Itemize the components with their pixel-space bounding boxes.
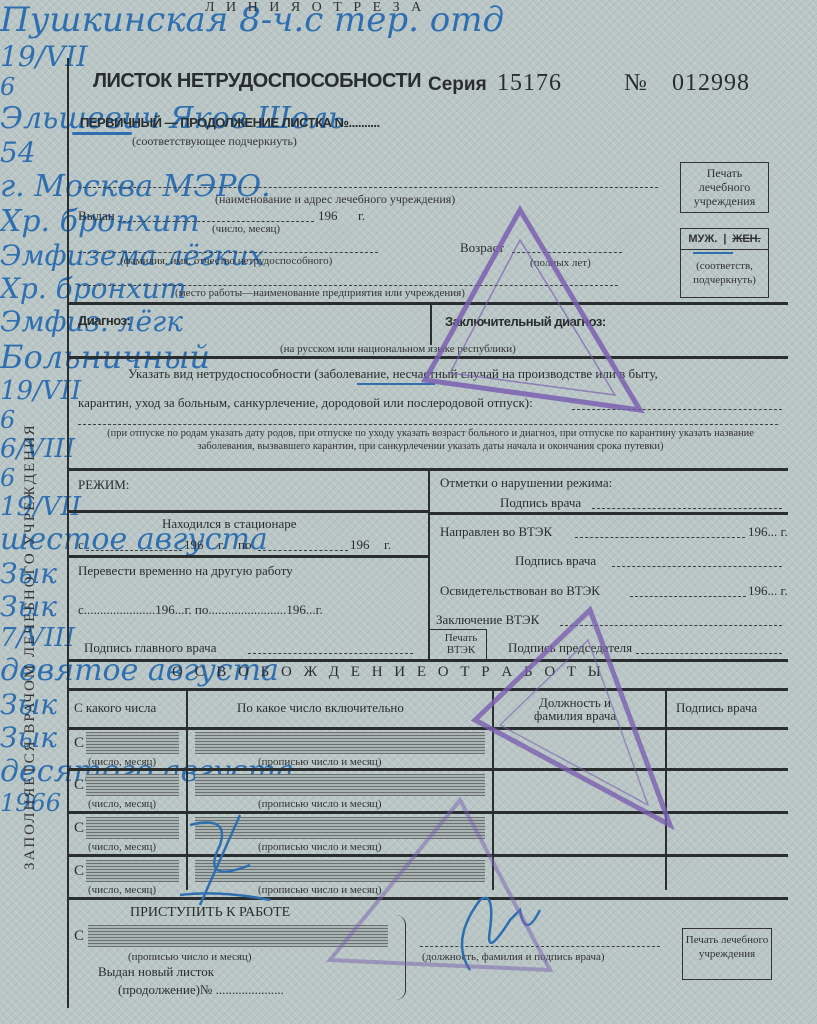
row4-from-caption: (число, месяц) [88,884,156,896]
divider [68,659,788,662]
divider [68,688,788,691]
incapacity-line-2 [78,424,778,425]
issued-caption: (число, месяц) [212,223,280,235]
hospital-title: Находился в стационаре [162,516,297,532]
sex-male-option[interactable]: МУЖ. [688,232,717,249]
issued-date-handwritten: 19/VII [0,40,817,73]
row1-to-caption: (прописью число и месяц) [258,756,381,768]
vtek-sent-year: 196... г. [748,524,788,540]
row1-from-caption: (число, месяц) [88,756,156,768]
issued-year-print: 196 [318,208,338,224]
row4-from-field[interactable] [86,860,179,882]
divider [68,555,430,558]
row3-prefix: С [74,820,84,837]
hospital-year-print: 196 [184,537,204,553]
hospital-from-line [86,550,182,551]
issued-label: Выдан [78,208,115,224]
violations-label: Отметки о нарушении режима: [440,475,612,491]
col-signature-header: Подпись врача [676,700,757,716]
hospital-year2-print: 196 [350,537,370,553]
vtek-examined-line [630,596,746,597]
new-sheet-label: Выдан новый листок [98,964,214,980]
row1-from-field [86,732,179,754]
vtek-sent-label: Направлен во ВТЭК [440,524,552,540]
row2-prefix: С [74,777,84,794]
side-instruction: ЗАПОЛНЯЕТСЯ ВРАЧОМ ЛЕЧЕБНОГО УЧРЕЖДЕНИЯ [22,423,39,870]
row-divider [68,727,788,730]
patient-name-caption: (фамилия, имя, отчество нетрудоспособног… [120,255,332,267]
chief-sign-line [248,653,413,654]
new-sheet-number: (продолжение)№ ..................... [118,982,284,998]
return-prefix: С [74,928,84,945]
patient-name-line [78,252,378,253]
return-stamp-box: Печать лечебного учреждения [682,928,772,980]
hospital-to-label: по [238,537,251,553]
divider [430,512,788,515]
transfer-dates: с......................196...г. по......… [78,602,323,618]
vtek-doctor-line [612,566,782,567]
transfer-title: Перевести временно на другую работу [78,563,293,579]
return-title: ПРИСТУПИТЬ К РАБОТЕ [130,905,290,921]
row1-to-field [195,732,485,754]
chief-doctor-sign: Подпись главного врача [84,640,216,656]
row1-from-handwritten: 19/VII [0,492,817,522]
empty-rows-strike [170,805,290,915]
primary-continuation: ПЕРВИЧНЫЙ — ПРОДОЛЖЕНИЕ ЛИСТКА №........… [80,115,380,130]
row-divider [68,768,788,771]
row3-from-field[interactable] [86,817,179,839]
diagnosis-label: Диагноз: [78,313,130,328]
row1-to-handwritten: шестое августа [0,522,817,557]
sex-female-option[interactable]: ЖЕН. [732,232,760,249]
vtek-doctor-sign: Подпись врача [515,553,596,569]
row2-from-field [86,774,179,796]
institution-line [78,187,658,188]
violations-doctor-sign: Подпись врача [500,495,581,511]
hospital-from-prefix: с [78,537,84,553]
divider [68,510,430,513]
hospital-year-suffix: г. [218,537,225,553]
row2-from-caption: (число, месяц) [88,798,156,810]
vtek-sent-line [575,537,745,538]
hospital-to-line [258,550,348,551]
vtek-examined-year: 196... г. [748,583,788,599]
hospital-year2-suffix: г. [384,537,391,553]
row3-from-caption: (число, месяц) [88,841,156,853]
vtek-examined-label: Освидетельствован во ВТЭК [440,583,600,599]
col-from-header: С какого числа [74,700,156,716]
regime-label: РЕЖИМ: [78,477,129,493]
faded-stamp-triangle [320,790,560,980]
row4-prefix: С [74,863,84,880]
institution-stamp-box: Печать лечебного учреждения [680,162,769,213]
sex-box: МУЖ. | ЖЕН. (соответств, подчеркнуть) [680,228,769,298]
sheet-number: 012998 [672,70,750,97]
form-title: ЛИСТОК НЕТРУДОСПОСОБНОСТИ [93,70,421,93]
series-number: 15176 [497,70,562,97]
violations-sign-line [592,508,782,509]
right-column-divider [428,470,430,660]
sex-caption: (соответств, подчеркнуть) [681,254,768,287]
primary-caption: (соответствующее подчеркнуть) [132,134,297,149]
number-label: № [624,70,647,97]
institution-stamp-triangle [420,205,650,420]
primary-underline [72,132,132,135]
row1-prefix: С [74,735,84,752]
series-label: Серия [428,74,487,96]
issued-year-suffix: г. [358,208,365,224]
incapacity-note: (при отпуске по родам указать дату родов… [78,427,783,453]
issued-line [118,221,314,222]
return-caption: (прописью число и месяц) [128,951,251,963]
col-to-header: По какое число включительно [237,700,404,716]
form-left-border [67,58,69,1008]
cut-line-label: Л И Н И Я О Т Р Е З А [205,0,425,16]
